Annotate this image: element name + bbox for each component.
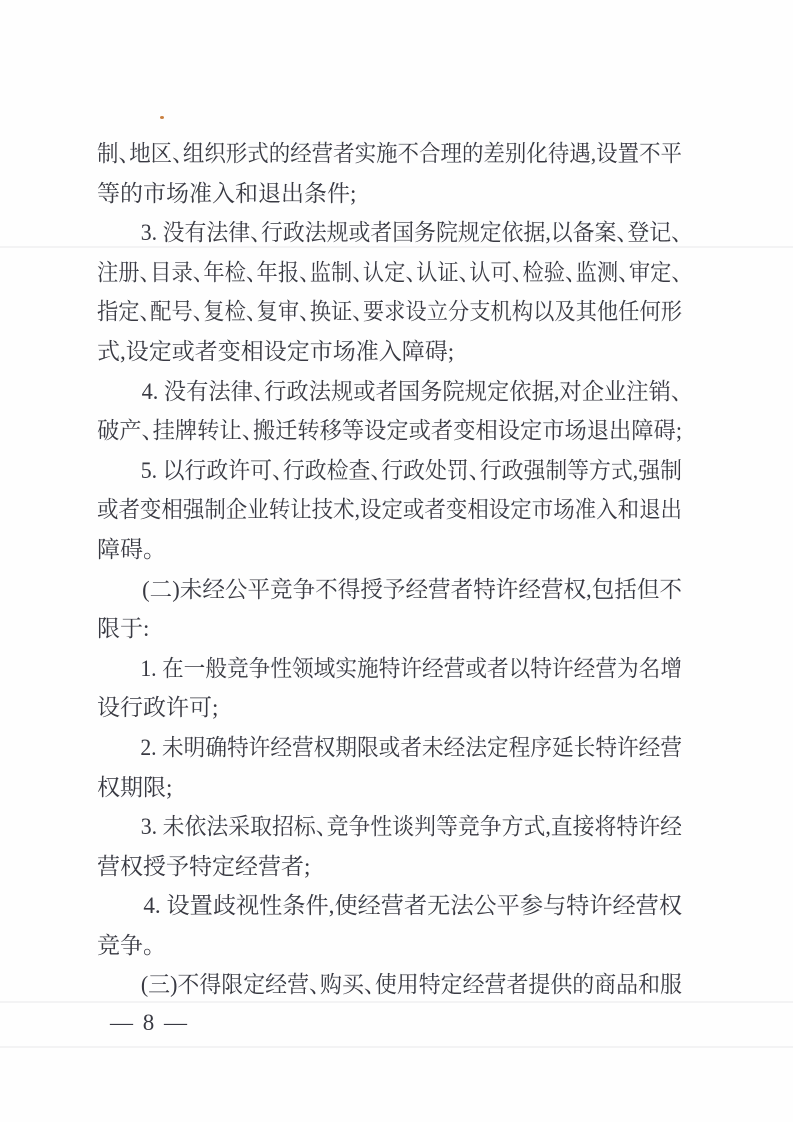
text-line: 4. 设置歧视性条件,使经营者无法公平参与特许经营权 <box>97 886 682 926</box>
text-line: (二)未经公平竞争不得授予经营者特许经营权,包括但不 <box>97 570 682 610</box>
scan-streak <box>0 1046 793 1048</box>
text-line-content: 或者变相强制企业转让技术,设定或者变相设定市场准入和退出 <box>97 490 682 530</box>
text-line-content: 制、地区、组织形式的经营者实施不合理的差别化待遇,设置不平 <box>97 134 682 174</box>
text-line-content: 指定、配号、复检、复审、换证、要求设立分支机构以及其他任何形 <box>97 292 682 332</box>
text-line: 障碍。 <box>97 530 682 570</box>
text-line: 营权授予特定经营者; <box>97 847 682 887</box>
text-line-content: 4. 没有法律、行政法规或者国务院规定依据,对企业注销、 <box>97 372 682 412</box>
text-line: 破产、挂牌转让、搬迁转移等设定或者变相设定市场退出障碍; <box>97 411 682 451</box>
text-line-content: 限于: <box>97 609 149 649</box>
text-line: 设行政许可; <box>97 688 682 728</box>
text-line-content: (三)不得限定经营、购买、使用特定经营者提供的商品和服 <box>97 965 682 1005</box>
text-line-content: 破产、挂牌转让、搬迁转移等设定或者变相设定市场退出障碍; <box>97 411 682 451</box>
text-line-content: 竞争。 <box>97 926 155 966</box>
text-line-content: 3. 未依法采取招标、竞争性谈判等竞争方式,直接将特许经 <box>97 807 682 847</box>
text-line: 等的市场准入和退出条件; <box>97 174 682 214</box>
text-line-content: 等的市场准入和退出条件; <box>97 174 356 214</box>
text-line-content: 2. 未明确特许经营权期限或者未经法定程序延长特许经营 <box>97 728 682 768</box>
text-line-content: 1. 在一般竞争性领域实施特许经营或者以特许经营为名增 <box>97 649 682 689</box>
text-line-content: 式,设定或者变相设定市场准入障碍; <box>97 332 454 372</box>
text-line-content: (二)未经公平竞争不得授予经营者特许经营权,包括但不 <box>97 570 682 610</box>
text-line-content: 5. 以行政许可、行政检查、行政处罚、行政强制等方式,强制 <box>97 451 682 491</box>
text-line: 1. 在一般竞争性领域实施特许经营或者以特许经营为名增 <box>97 649 682 689</box>
text-line: 3. 未依法采取招标、竞争性谈判等竞争方式,直接将特许经 <box>97 807 682 847</box>
text-line-content: 设行政许可; <box>97 688 218 728</box>
text-line: 限于: <box>97 609 682 649</box>
text-line: 或者变相强制企业转让技术,设定或者变相设定市场准入和退出 <box>97 490 682 530</box>
text-line: 竞争。 <box>97 926 682 966</box>
text-line: 式,设定或者变相设定市场准入障碍; <box>97 332 682 372</box>
text-line: 3. 没有法律、行政法规或者国务院规定依据,以备案、登记、 <box>97 213 682 253</box>
text-line-content: 权期限; <box>97 768 172 808</box>
document-body: 制、地区、组织形式的经营者实施不合理的差别化待遇,设置不平等的市场准入和退出条件… <box>97 134 682 1005</box>
text-line: 注册、目录、年检、年报、监制、认定、认证、认可、检验、监测、审定、 <box>97 253 682 293</box>
text-line: 5. 以行政许可、行政检查、行政处罚、行政强制等方式,强制 <box>97 451 682 491</box>
text-line: 4. 没有法律、行政法规或者国务院规定依据,对企业注销、 <box>97 372 682 412</box>
text-line-content: 注册、目录、年检、年报、监制、认定、认证、认可、检验、监测、审定、 <box>97 253 682 293</box>
text-line: 制、地区、组织形式的经营者实施不合理的差别化待遇,设置不平 <box>97 134 682 174</box>
text-line-content: 3. 没有法律、行政法规或者国务院规定依据,以备案、登记、 <box>97 213 682 253</box>
text-line: 权期限; <box>97 768 682 808</box>
document-page: 制、地区、组织形式的经营者实施不合理的差别化待遇,设置不平等的市场准入和退出条件… <box>0 0 793 1122</box>
text-line-content: 障碍。 <box>97 530 155 570</box>
text-line-content: 营权授予特定经营者; <box>97 847 310 887</box>
text-line: (三)不得限定经营、购买、使用特定经营者提供的商品和服 <box>97 965 682 1005</box>
scan-speck-artifact <box>160 116 164 119</box>
text-line-content: 4. 设置歧视性条件,使经营者无法公平参与特许经营权 <box>97 886 682 926</box>
text-line: 2. 未明确特许经营权期限或者未经法定程序延长特许经营 <box>97 728 682 768</box>
text-line: 指定、配号、复检、复审、换证、要求设立分支机构以及其他任何形 <box>97 292 682 332</box>
page-number: — 8 — <box>110 1003 189 1043</box>
